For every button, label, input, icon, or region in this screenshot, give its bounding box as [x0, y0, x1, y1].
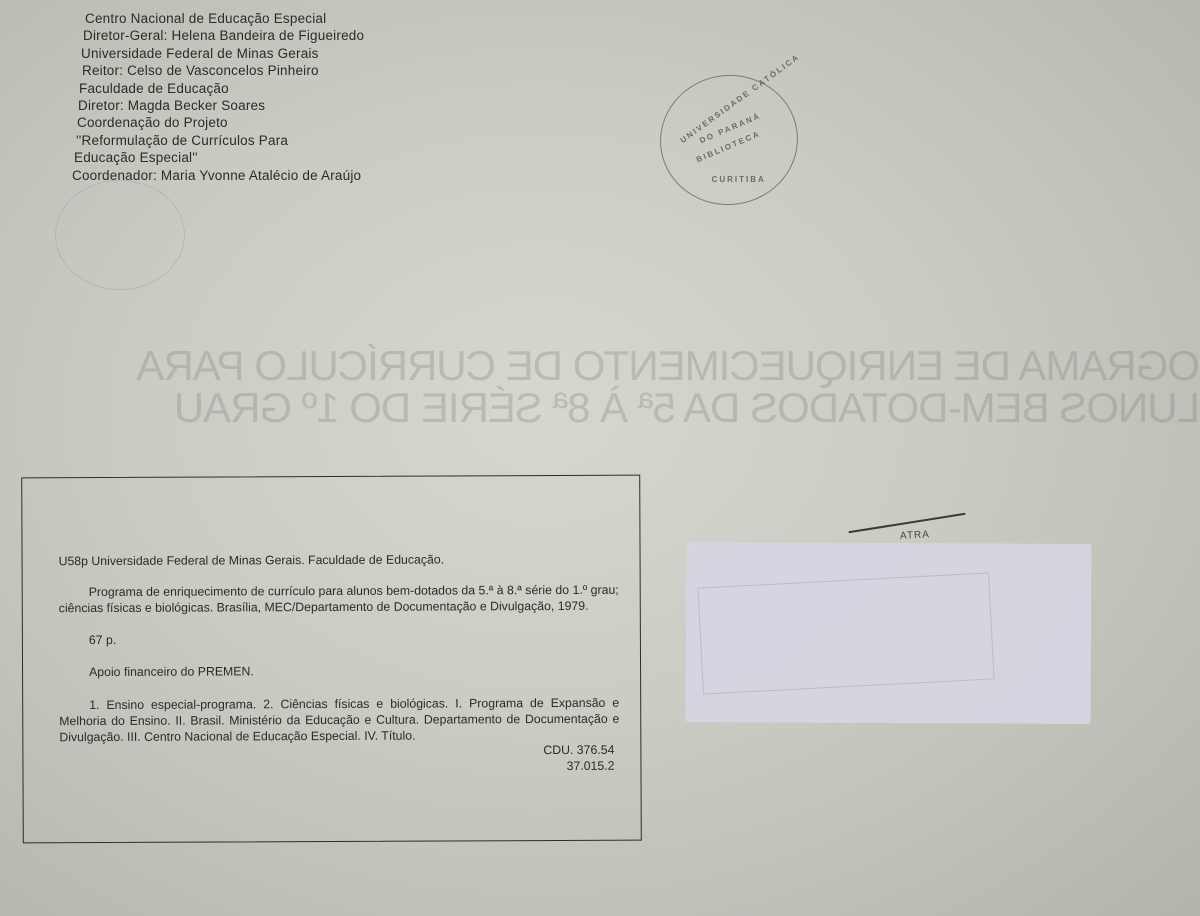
credit-line: Centro Nacional de Educação Especial: [85, 10, 364, 27]
library-stamp: UNIVERSIDADE CATÓLICA DO PARANÁ BIBLIOTE…: [652, 66, 807, 214]
credit-line: Educação Especial'': [74, 149, 364, 166]
card-heading: U58p Universidade Federal de Minas Gerai…: [59, 552, 445, 570]
label-partial-text: ATRA: [900, 529, 930, 542]
show-through-line: LUNOS BEM-DOTADOS DA 5ª À 8ª SÉRIE DO 1º…: [0, 387, 1200, 429]
card-subjects: 1. Ensino especial-programa. 2. Ciências…: [59, 695, 619, 745]
stamp-text-bottom: CURITIBA: [712, 175, 766, 184]
card-support: Apoio financeiro do PREMEN.: [89, 663, 254, 680]
credit-line: ''Reformulação de Currículos Para: [76, 132, 364, 149]
faint-rectangular-stamp: [697, 572, 994, 694]
card-pages: 67 p.: [89, 632, 116, 648]
cdu-line: 37.015.2: [543, 758, 614, 774]
credit-line: Faculdade de Educação: [79, 80, 364, 97]
institution-credits: Centro Nacional de Educação Especial Dir…: [70, 10, 364, 184]
faint-seal-mark: [55, 180, 185, 290]
mirrored-show-through-title: OGRAMA DE ENRIQUECIMENTO DE CURRÍCULO PA…: [0, 345, 1200, 429]
credit-line: Universidade Federal de Minas Gerais: [81, 45, 364, 62]
credit-line: Reitor: Celso de Vasconcelos Pinheiro: [82, 62, 364, 79]
credit-line: Diretor-Geral: Helena Bandeira de Figuei…: [83, 27, 364, 44]
cdu-line: CDU. 376.54: [543, 742, 614, 758]
credit-line: Coordenação do Projeto: [77, 114, 364, 131]
card-classification: CDU. 376.54 37.015.2: [543, 742, 614, 774]
credit-line: Coordenador: Maria Yvonne Atalécio de Ar…: [72, 167, 364, 184]
stamp-text-top: UNIVERSIDADE CATÓLICA: [679, 52, 802, 145]
card-description: Programa de enriquecimento de currículo …: [59, 582, 619, 616]
catalog-card: U58p Universidade Federal de Minas Gerai…: [21, 475, 642, 844]
show-through-line: OGRAMA DE ENRIQUECIMENTO DE CURRÍCULO PA…: [0, 345, 1200, 387]
credit-line: Diretor: Magda Becker Soares: [78, 97, 364, 114]
